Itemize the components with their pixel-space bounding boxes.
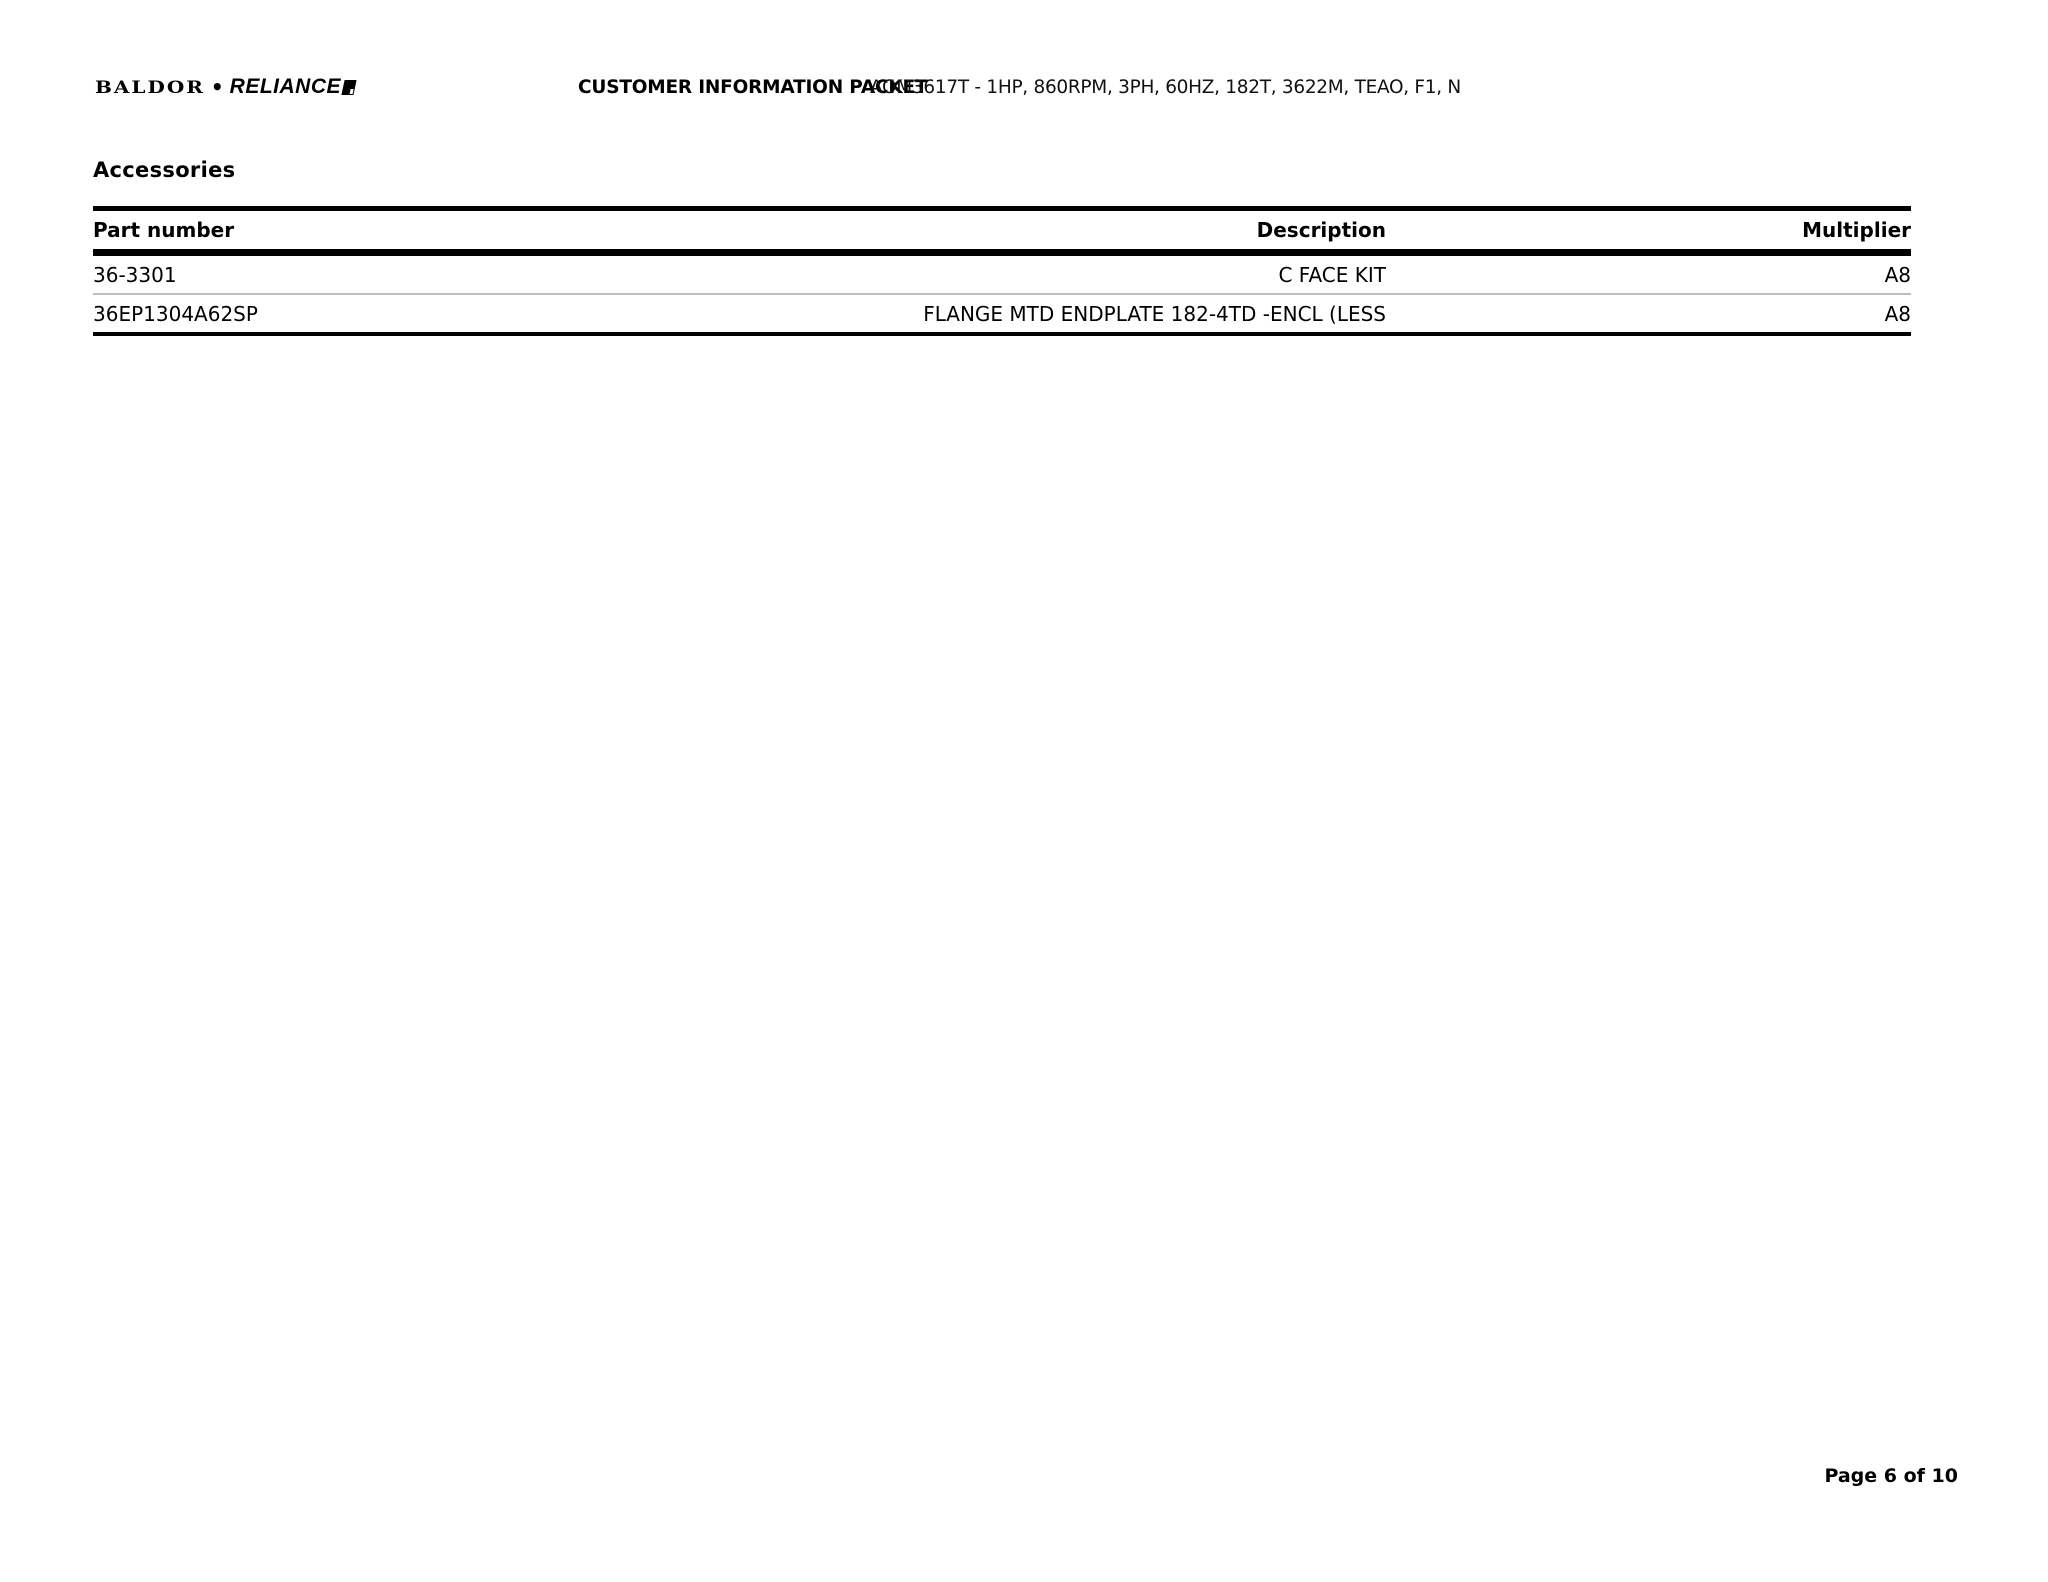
column-header-part-number: Part number — [93, 218, 493, 242]
logo-baldor-text: BALDOR — [95, 77, 205, 97]
cell-multiplier: A8 — [1386, 263, 1911, 287]
baldor-reliance-logo: BALDOR • RELIANCE — [95, 72, 435, 102]
table-header-row: Part number Description Multiplier — [93, 211, 1911, 256]
table-row: 36-3301 C FACE KIT A8 — [93, 256, 1911, 293]
section-title: Accessories — [93, 158, 235, 182]
page-number: Page 6 of 10 — [1824, 1465, 1958, 1487]
cell-description: FLANGE MTD ENDPLATE 182-4TD -ENCL (LESS — [493, 302, 1386, 326]
cell-description: C FACE KIT — [493, 263, 1386, 287]
cell-part-number: 36EP1304A62SP — [93, 302, 493, 326]
logo-separator: • — [211, 75, 224, 99]
cell-part-number: 36-3301 — [93, 263, 493, 287]
document-subtitle: AOM3617T - 1HP, 860RPM, 3PH, 60HZ, 182T,… — [870, 77, 1461, 98]
reliance-r-mark-icon — [341, 80, 356, 95]
logo-reliance-text: RELIANCE — [230, 75, 341, 99]
column-header-description: Description — [493, 218, 1386, 242]
accessories-table: Part number Description Multiplier 36-33… — [93, 206, 1911, 336]
cell-multiplier: A8 — [1386, 302, 1911, 326]
page-header: BALDOR • RELIANCE CUSTOMER INFORMATION P… — [95, 72, 435, 102]
column-header-multiplier: Multiplier — [1386, 218, 1911, 242]
table-row: 36EP1304A62SP FLANGE MTD ENDPLATE 182-4T… — [93, 293, 1911, 332]
